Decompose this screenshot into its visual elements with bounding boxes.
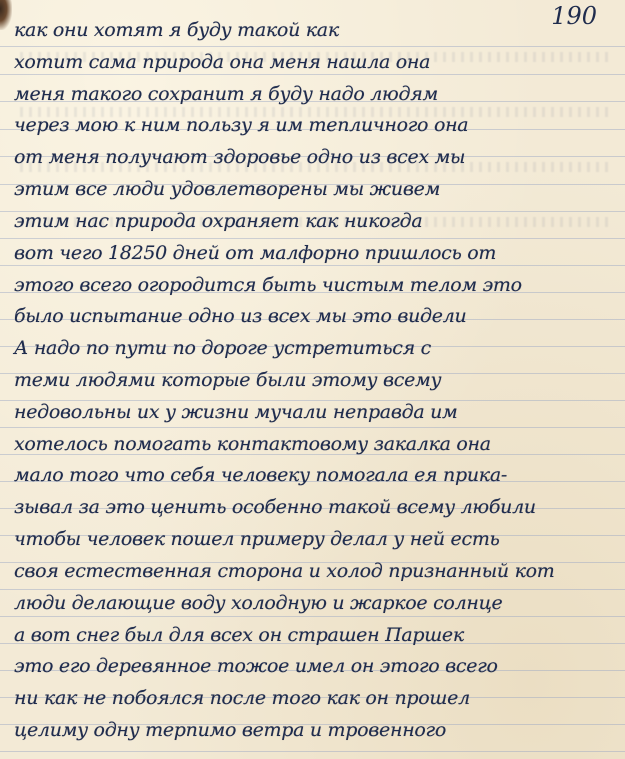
handwritten-line: чтобы человек пошел примеру делал у ней … [14,527,614,551]
handwritten-line: вот чего 18250 дней от малфорно пришлось… [14,241,614,265]
handwritten-line: от меня получают здоровье одно из всех м… [14,145,614,169]
handwritten-line: ни как не побоялся после того как он про… [14,686,614,710]
handwritten-line: А надо по пути по дороге устретиться с [14,336,614,360]
handwritten-line: люди делающие воду холодную и жаркое сол… [14,591,614,615]
manuscript-page: 190 как они хотят я буду такой как хотит… [0,0,625,759]
handwritten-line: как они хотят я буду такой как [14,18,614,42]
handwritten-line: целиму одну терпимо ветра и тровенного [14,718,614,742]
handwritten-line: своя естественная сторона и холод призна… [14,559,614,583]
handwritten-line: этим все люди удовлетворены мы живем [14,177,614,201]
handwritten-line: недовольны их у жизни мучали неправда им [14,400,614,424]
ruled-line [0,427,625,428]
ruled-line [0,751,625,752]
handwritten-line: этого всего огородится быть чистым телом… [14,273,614,297]
ruled-line [0,616,625,617]
handwritten-line: зывал за это ценить особенно такой всему… [14,495,614,519]
handwritten-line: а вот снег был для всех он страшен Парше… [14,623,614,647]
handwritten-line: теми людями которые были этому всему [14,368,614,392]
ruled-line [0,265,625,266]
ruled-line [0,46,625,47]
handwritten-line: мало того что себя человеку помогала ея … [14,463,614,487]
handwritten-line: меня такого сохранит я буду надо людям [14,82,614,106]
ruled-line [0,74,625,75]
handwritten-line: этим нас природа охраняет как никогда [14,209,614,233]
handwritten-line: это его деревянное тожое имел он этого в… [14,654,614,678]
ruled-line [0,589,625,590]
handwritten-line: через мою к ним пользу я им тепличного о… [14,113,614,137]
ruled-line [0,238,625,239]
handwritten-line: было испытание одно из всех мы это видел… [14,304,614,328]
handwritten-line: хотелось помогать контактовому закалка о… [14,432,614,456]
handwritten-line: хотит сама природа она меня нашла она [14,50,614,74]
